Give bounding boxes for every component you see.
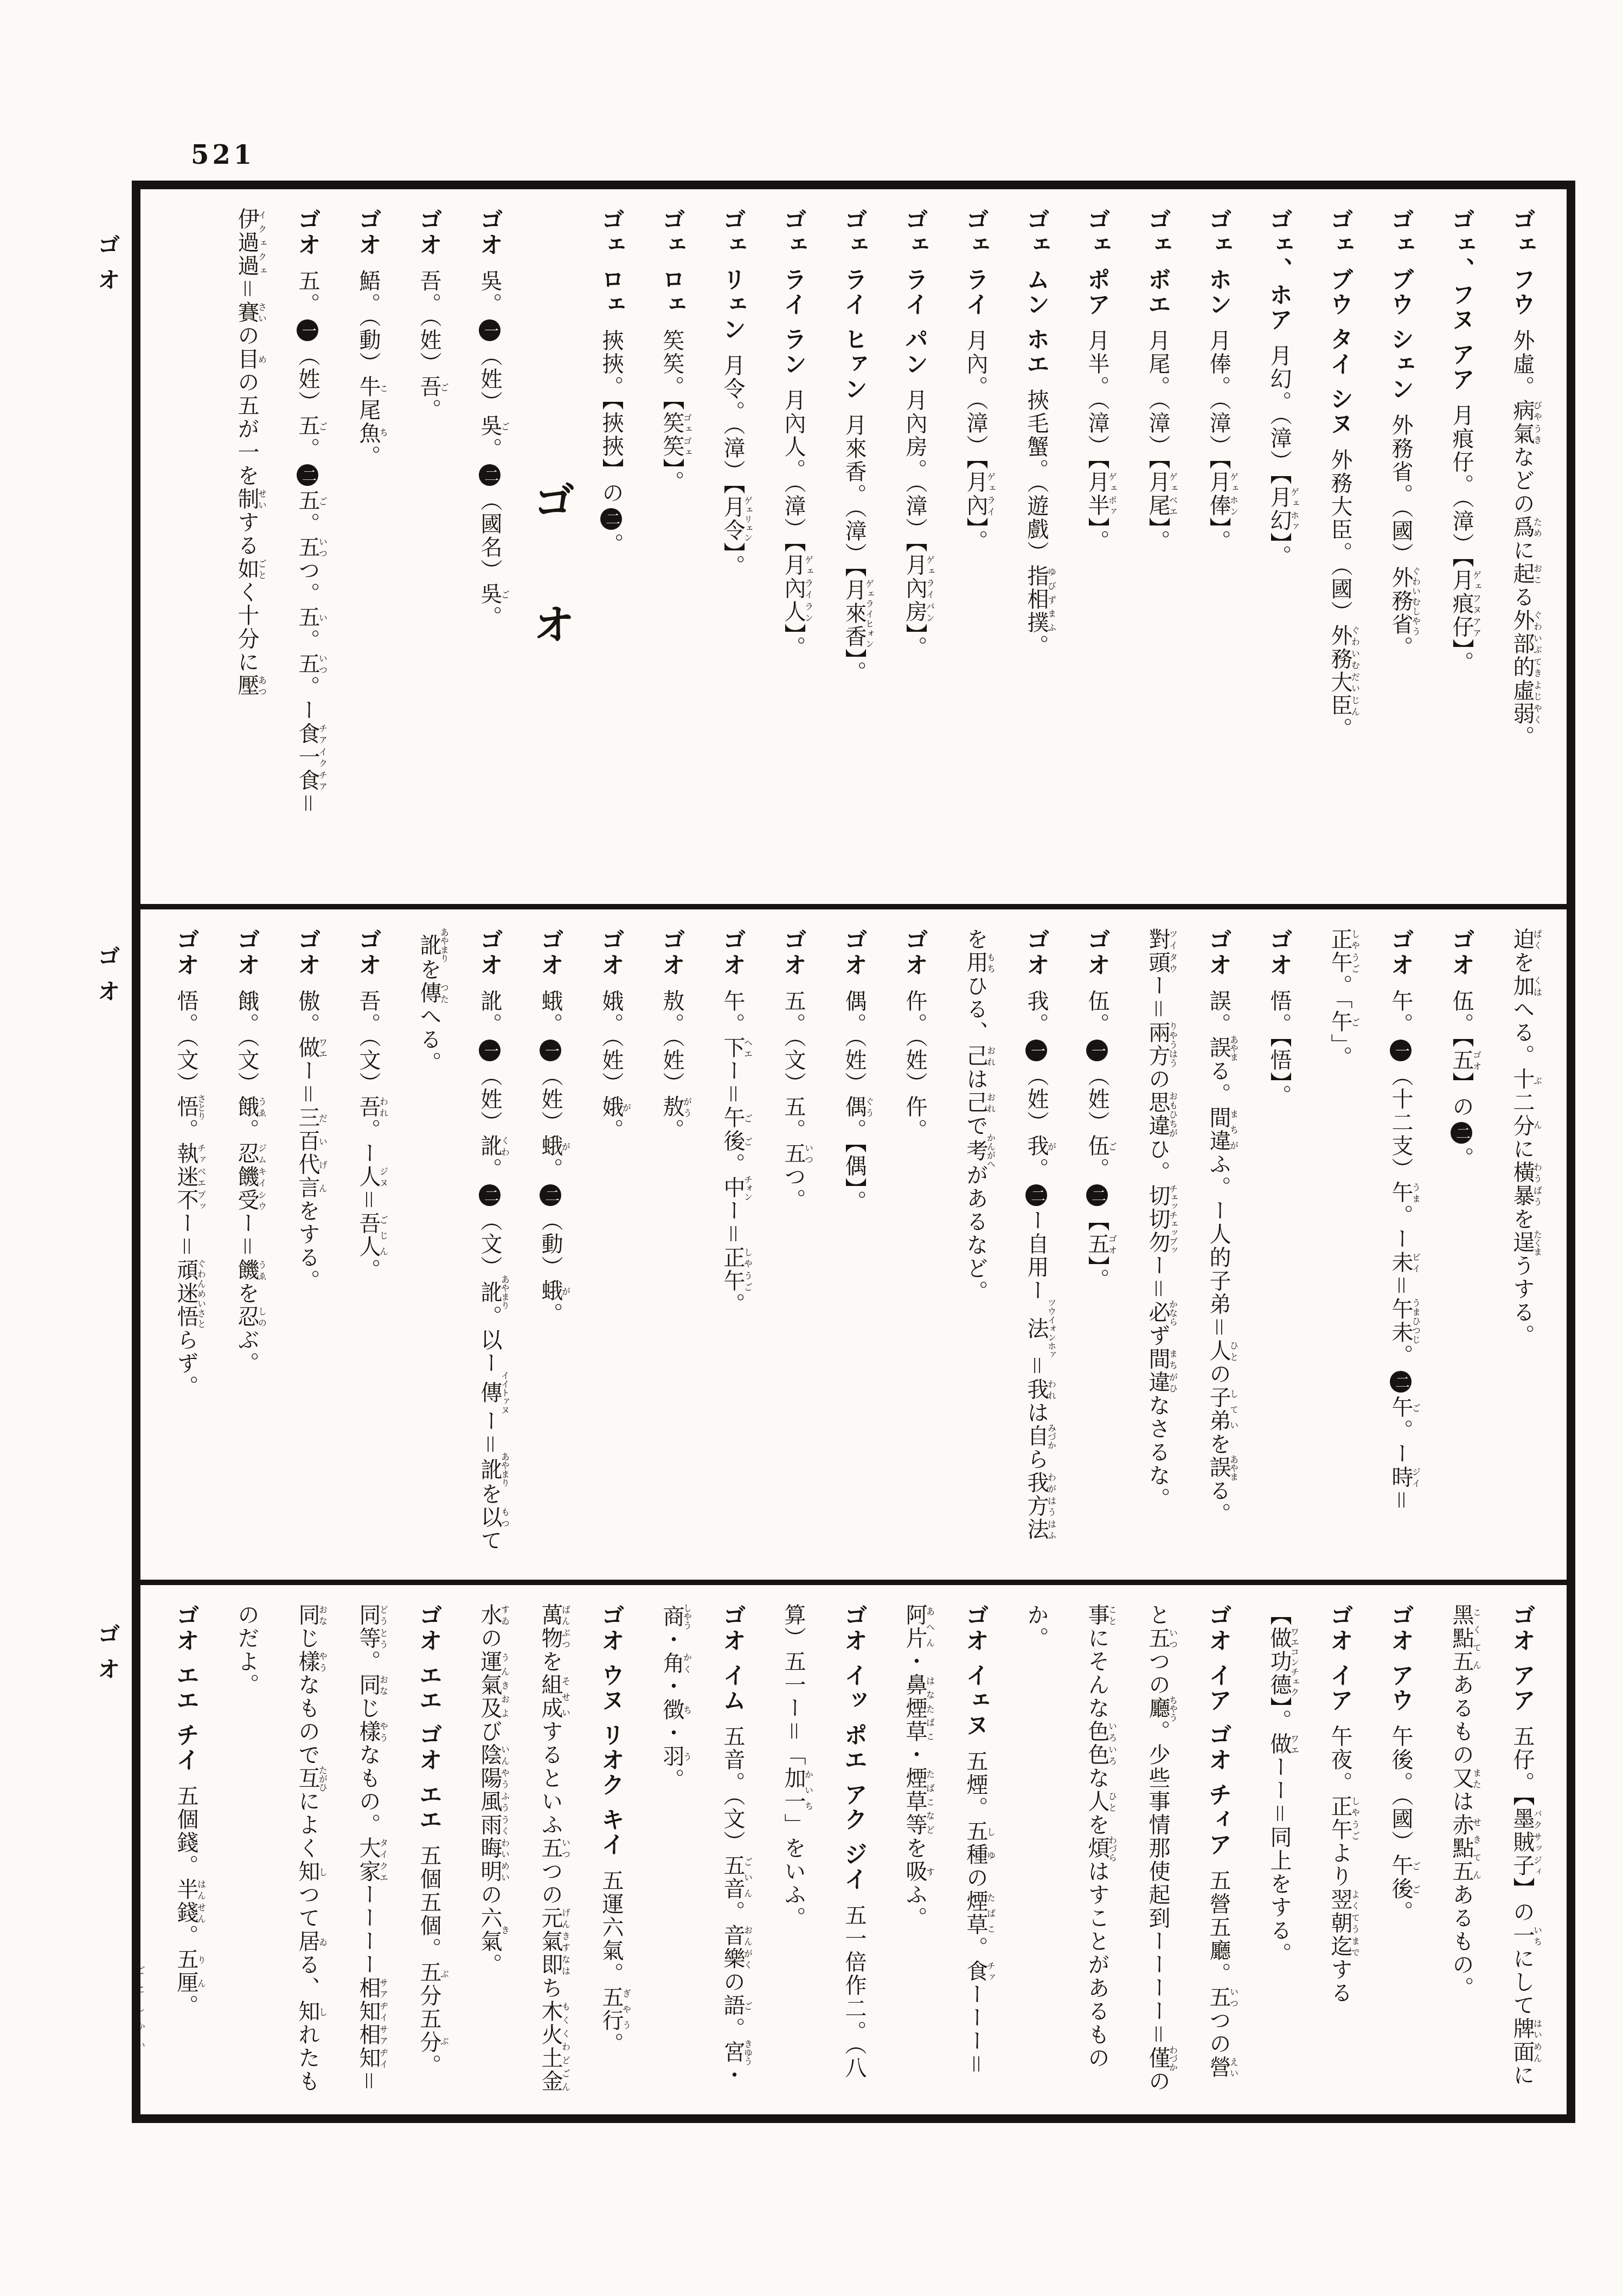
definition-text: 月內房。（漳）【月內房ゲェライパン】。: [902, 389, 927, 659]
circled-two: 二: [1390, 1371, 1412, 1393]
headword: ゴオ: [294, 208, 321, 258]
dictionary-entry: ゴェ ロェ笶笶。【笶笶ゴェゴェ】。: [641, 208, 702, 888]
dictionary-entry: 伊過過イクェクェ＝賽さいの目めの五が一を制せいする如ごとく十分に壓あつ: [216, 208, 277, 888]
definition-text: 迫ぱくを加くはへる。十二分ぶんに橫暴わうばうを逞たくまうする。: [1510, 928, 1535, 1348]
definition-text: 伊過過イクェクェ＝賽さいの目めの五が一を制せいする如ごとく十分に壓あつ: [234, 208, 259, 697]
headword: ゴオ エエ チイ: [172, 1604, 200, 1773]
headword: ゴェ ムン ホエ: [1023, 208, 1050, 377]
definition-text: 挾挾。【挾挾】の二。: [599, 329, 624, 556]
margin-thumb-label: ゴオ: [91, 1622, 124, 1692]
headword: ゴオ: [1023, 928, 1050, 978]
definition-text: 五個錢。半錢はんせん。五厘りん。: [174, 1785, 198, 2018]
circled-one: 一: [479, 319, 501, 341]
definition-text: 傲。做ワエー＝三百代言だいげんをする。: [295, 990, 320, 1293]
circled-two: 二: [1086, 1184, 1108, 1206]
headword: ゴェ ライ パン: [901, 208, 928, 377]
definition-text: 娥。（姓）娥が。: [599, 990, 624, 1142]
circled-two: 二: [297, 464, 318, 486]
definition-text: 月來香。（漳）【月來香ゲェライヒォン】。: [842, 414, 867, 684]
dictionary-entry: ゴェ ポア月半。（漳）【月半ゲェポァ】。: [1067, 208, 1127, 888]
dictionary-entry: ゴェ ムン ホエ挾毛蟹。（遊戲）指相撲ゆびずまふ。: [1006, 208, 1067, 888]
dictionary-entry: ゴェ ブウ シェン外務省。（國）外務省ぐわいむしやう。: [1370, 208, 1431, 888]
headword: ゴオ: [1448, 928, 1475, 978]
dict-band-bottom: ゴオ アア五仔。【墨賊子バクサッジィ】の一いちにして牌面はいめんに黑點五こくてん…: [140, 1580, 1567, 2114]
definition-text: 餓。（文）餓うゑ。忍饑受ジムキイシウー＝饑うゑを忍しのぶ。: [234, 990, 259, 1375]
dictionary-entry: ゴオ イッ ポエ アク ジイ五一倍作二。（八算）五一ー＝「加一かいち」をいふ。: [763, 1604, 884, 2098]
definition-text: 伍。【五ゴオ】の二。: [1449, 990, 1474, 1170]
definition-text: 月半。（漳）【月半ゲェポァ】。: [1085, 329, 1109, 553]
circled-one: 一: [1390, 1040, 1412, 1061]
dictionary-entry: ゴオ吾。（文）吾われ。ー人ジヌ＝吾人ごじん。: [338, 928, 399, 1563]
definition-text: 偶。（姓）偶ぐう。【偶】。: [842, 990, 867, 1214]
headword: ゴェ ライ ラン: [780, 208, 807, 377]
headword: ゴェ ブウ シェン: [1387, 208, 1414, 402]
headword: ゴオ: [355, 928, 382, 978]
circled-one: 一: [1025, 1040, 1047, 1061]
dictionary-entry: ゴオ午。一（十二支）午うま。ー未ビイ＝午未うまひつじ。二午ご。ー時ジイ＝正午しや…: [1310, 928, 1431, 1563]
headword: ゴェ ロェ: [598, 208, 625, 317]
headword: ゴオ アウ: [1387, 1604, 1414, 1713]
dictionary-entry: ゴオ アウ午後。（國）午後ごご。: [1370, 1604, 1431, 2098]
headword: ゴオ: [355, 208, 382, 258]
definition-text: 笶笶。【笶笶ゴェゴェ】。: [659, 329, 684, 494]
headword: ゴオ: [901, 928, 928, 978]
dictionary-entry: ゴェ ロェ挾挾。【挾挾】の二。: [581, 208, 641, 888]
definition-text: 五。一（姓）五ご。二五ご。五いつつ。五い。五いつ。ー食一食チアイクチア＝: [295, 270, 320, 816]
dictionary-entry: ゴオ悟。【悟】。: [1249, 928, 1310, 1563]
headword: ゴェ ボエ: [1144, 208, 1171, 317]
dictionary-entry: ゴェ ブウ タイ シヌ外務大臣。（國）外務大臣ぐわいむだいじん。: [1310, 208, 1370, 888]
definition-text: 悟。（文）悟さとり。執迷不チァベエプッー＝頑迷悟ぐわんめいさとらず。: [174, 990, 198, 1399]
dict-band-top: ゴェ フウ外虛。病氣びやうきなどの爲ために起おこる外部的虛弱ぐわいぶてきよじやく…: [140, 189, 1567, 904]
definition-text: 仵。（姓）仵。: [902, 990, 927, 1142]
headword: ゴオ アア: [1509, 1604, 1536, 1713]
headword: ゴオ: [1083, 928, 1111, 978]
dictionary-entry: ゴェ リェン月令。（漳）【月令ゲェリェン】。: [702, 208, 763, 888]
dictionary-entry: ゴオ餓。（文）餓うゑ。忍饑受ジムキイシウー＝饑うゑを忍しのぶ。: [216, 928, 277, 1563]
definition-text: 伍。一（姓）伍ご。二【五ゴオ】。: [1085, 990, 1109, 1292]
dictionary-entry: ゴェ、ホア月幻。（漳）【月幻ゲェホァ】。: [1249, 208, 1310, 888]
headword: ゴオ: [233, 928, 260, 978]
headword: ゴェ、フヌ アア: [1448, 208, 1475, 392]
dictionary-entry: ゴェ ホン月俸。（漳）【月俸ゲェホン】。: [1188, 208, 1249, 888]
circled-two: 二: [479, 464, 501, 486]
dictionary-entry: ゴェ ライ ラン月內人。（漳）【月內人ゲェライラン】。: [763, 208, 824, 888]
definition-text: 敖。（姓）敖がう。: [659, 990, 684, 1142]
dictionary-entry: ゴェ フウ外虛。病氣びやうきなどの爲ために起おこる外部的虛弱ぐわいぶてきよじやく…: [1492, 208, 1553, 888]
definition-text: 我。一（姓）我が。二ー自用ー法ツウイォンホァ＝我われは自みづから我方法わがはうは…: [963, 928, 1049, 1541]
dict-band-middle: 迫ぱくを加くはへる。十二分ぶんに橫暴わうばうを逞たくまうする。ゴオ伍。【五ゴオ】…: [140, 904, 1567, 1580]
scanned-dictionary-page: 521 ゴオ ゴオ ゴオ ゴェ フウ外虛。病氣びやうきなどの爲ために起おこる外部…: [0, 0, 1623, 2296]
circled-two: 二: [1451, 1122, 1472, 1144]
definition-text: 外虛。病氣びやうきなどの爲ために起おこる外部的虛弱ぐわいぶてきよじやく。: [1510, 329, 1535, 749]
circled-two: 二: [479, 1184, 501, 1206]
definition-text: 吳。一（姓）吳ご。二（國名）吳ご。: [477, 270, 502, 629]
dictionary-entry: ゴオ ウヌ リオク キイ五運六氣。五行ぎやう。萬物ばんぶつを組成そせいするといふ…: [459, 1604, 641, 2098]
headword: ゴオ: [780, 928, 807, 978]
dictionary-entry: ゴオ悟。（文）悟さとり。執迷不チァベエプッー＝頑迷悟ぐわんめいさとらず。: [156, 928, 216, 1563]
dictionary-entry: ゴオ偶。（姓）偶ぐう。【偶】。: [824, 928, 884, 1563]
headword: ゴェ ライ: [962, 208, 989, 317]
definition-text: 誤。誤あやまる。間違まちがふ。ー人的子弟＝人ひとの子弟していを誤あやまる。對頭ツ…: [1145, 928, 1231, 1526]
headword: ゴオ: [1205, 928, 1232, 978]
dictionary-entry: ゴェ ボエ月尾。（漳）【月尾ゲェベエ】。: [1127, 208, 1188, 888]
definition-text: 月令。（漳）【月令ゲェリェン】。: [720, 354, 745, 578]
definition-text: 午後。（國）午後ごご。: [1388, 1725, 1413, 1924]
headword: ゴオ イェヌ: [962, 1604, 989, 1738]
dictionary-entry: ゴオ五。一（姓）五ご。二五ご。五いつつ。五い。五いつ。ー食一食チアイクチア＝: [277, 208, 338, 888]
headword: ゴェ ホン: [1205, 208, 1232, 317]
headword: ゴェ フウ: [1509, 208, 1536, 317]
definition-text: 午。下ヘエー＝午後ごご。中チォンー＝正午しやうご。: [720, 990, 745, 1316]
circled-one: 一: [479, 1040, 501, 1061]
definition-text: 外務省。（國）外務省ぐわいむしやう。: [1388, 414, 1413, 659]
dictionary-entry: ゴオ エエ ゴオ エエ五個五個。五分五分ぶぶ。同等どうとう。同おなじ樣やうなもの…: [216, 1604, 459, 2098]
dictionary-entry: ゴオ吾。（姓）吾ご。: [399, 208, 459, 888]
dictionary-entry: 迫ぱくを加くはへる。十二分ぶんに橫暴わうばうを逞たくまうする。: [1492, 928, 1553, 1563]
dictionary-entry: ゴオ伍。一（姓）伍ご。二【五ゴオ】。: [1067, 928, 1127, 1563]
definition-text: 吾。（文）吾われ。ー人ジヌ＝吾人ごじん。: [356, 990, 381, 1282]
headword: ゴオ: [841, 928, 868, 978]
section-heading: ゴ オ: [520, 208, 581, 888]
page-number: 521: [191, 140, 255, 170]
dictionary-entry: ゴオ誤。誤あやまる。間違まちがふ。ー人的子弟＝人ひとの子弟していを誤あやまる。對…: [1127, 928, 1249, 1563]
headword: ゴェ ブウ タイ シヌ: [1326, 208, 1353, 437]
headword: ゴオ イア ゴオ チィア: [1205, 1604, 1232, 1857]
definition-text: 月痕仔。（漳）【月痕仔ゲェフヌアア】。: [1449, 404, 1474, 675]
dictionary-entry: ゴオ オオ スウ ハイ五湖四海。五湖四海ごこしかい、天下てんかの意い。ーーーー行…: [140, 1604, 156, 2098]
headword: ゴオ: [415, 208, 442, 258]
dictionary-entry: ゴオ蛾。一（姓）蛾が。二（動）蛾が。: [520, 928, 581, 1563]
headword: ゴオ: [1266, 928, 1293, 978]
dictionary-entry: ゴオ傲。做ワエー＝三百代言だいげんをする。: [277, 928, 338, 1563]
circled-one: 一: [1086, 1040, 1108, 1061]
margin-thumb-label: ゴオ: [91, 945, 124, 1014]
headword: ゴェ、ホア: [1266, 208, 1293, 332]
page-frame: ゴェ フウ外虛。病氣びやうきなどの爲ために起おこる外部的虛弱ぐわいぶてきよじやく…: [132, 181, 1575, 2123]
margin-thumb-label: ゴオ: [91, 233, 124, 303]
headword: ゴェ リェン: [719, 208, 746, 342]
circled-two: 二: [1025, 1184, 1047, 1206]
dictionary-entry: ゴオ我。一（姓）我が。二ー自用ー法ツウイォンホァ＝我われは自みづから我方法わがは…: [945, 928, 1067, 1563]
headword: ゴオ イム: [719, 1604, 746, 1713]
headword: ゴオ エエ ゴオ エエ: [415, 1604, 442, 1832]
definition-text: 訛。一（姓）訛くわ。二（文）訛あやまり。以ー傳イイトァヌー＝訛あやまりを以もつて…: [416, 928, 502, 1553]
headword: ゴオ: [598, 928, 625, 978]
headword: ゴオ: [537, 928, 564, 978]
definition-text: 月內人。（漳）【月內人ゲェライラン】。: [781, 389, 806, 659]
definition-text: 月內。（漳）【月內ゲェライ】。: [963, 329, 988, 553]
circled-two: 二: [540, 1184, 561, 1206]
dictionary-entry: ゴオ イェヌ五煙。五種しゆの煙草たばこ。食チァーーー＝阿片あへん・鼻煙草はなたば…: [884, 1604, 1006, 2098]
definition-text: 吾。（姓）吾ご。: [416, 270, 441, 422]
headword: ゴオ: [1387, 928, 1414, 978]
headword: ゴオ イア: [1326, 1604, 1353, 1713]
headword: ゴオ: [294, 928, 321, 978]
headword: ゴオ: [658, 928, 685, 978]
dictionary-entry: ゴオ吳。一（姓）吳ご。二（國名）吳ご。: [459, 208, 520, 888]
headword: ゴェ ライ ヒァン: [841, 208, 868, 402]
dictionary-entry: ゴオ イア午夜。正午しやうごより翌朝迄よくてうまでする【做功德ワエコンチェク】。…: [1249, 1604, 1370, 2098]
headword: ゴェ ポア: [1083, 208, 1111, 317]
dictionary-entry: ゴオ鯃。（動）牛尾魚こち。: [338, 208, 399, 888]
definition-text: 五。（文）五。五いつつ。: [781, 990, 806, 1212]
definition-text: 外務大臣。（國）外務大臣ぐわいむだいじん。: [1327, 448, 1352, 741]
dictionary-entry: ゴオ娥。（姓）娥が。: [581, 928, 641, 1563]
definition-text: 悟。【悟】。: [1267, 990, 1292, 1108]
dictionary-entry: ゴオ訛。一（姓）訛くわ。二（文）訛あやまり。以ー傳イイトァヌー＝訛あやまりを以も…: [399, 928, 520, 1563]
definition-text: 鯃。（動）牛尾魚こち。: [356, 270, 381, 469]
headword: ゴオ: [476, 208, 503, 258]
dictionary-entry: ゴオ敖。（姓）敖がう。: [641, 928, 702, 1563]
definition-text: 五營五廳。五いつつの營えいと五いつつの廳ちやう。少些事情那使起到ーーーー＝僅わづ…: [1024, 1604, 1231, 2093]
dictionary-entry: ゴオ エエ チイ五個錢。半錢はんせん。五厘りん。: [156, 1604, 216, 2098]
headword: ゴオ: [172, 928, 200, 978]
dictionary-entry: ゴェ、フヌ アア月痕仔。（漳）【月痕仔ゲェフヌアア】。: [1431, 208, 1492, 888]
circled-one: 一: [540, 1040, 561, 1061]
headword: ゴェ ロェ: [658, 208, 685, 317]
dictionary-entry: ゴオ イア ゴオ チィア五營五廳。五いつつの營えいと五いつつの廳ちやう。少些事情…: [1006, 1604, 1249, 2098]
dictionary-entry: ゴオ仵。（姓）仵。: [884, 928, 945, 1563]
circled-two: 二: [600, 508, 622, 530]
dictionary-entry: ゴェ ライ ヒァン月來香。（漳）【月來香ゲェライヒォン】。: [824, 208, 884, 888]
headword: ゴオ イッ ポエ アク ジイ: [841, 1604, 868, 1892]
dictionary-entry: ゴオ伍。【五ゴオ】の二。: [1431, 928, 1492, 1563]
definition-text: 挾毛蟹。（遊戲）指相撲ゆびずまふ。: [1024, 389, 1049, 658]
definition-text: 午。一（十二支）午うま。ー未ビイ＝午未うまひつじ。二午ご。ー時ジイ＝正午しやうご…: [1327, 928, 1413, 1512]
dictionary-entry: ゴオ五。（文）五。五いつつ。: [763, 928, 824, 1563]
headword: ゴオ ウヌ リオク キイ: [598, 1604, 625, 1857]
circled-one: 一: [297, 319, 318, 341]
definition-text: 五個五個。五分五分ぶぶ。同等どうとう。同おなじ樣やうなもの。大家タイクエーーーー…: [234, 1604, 441, 2093]
definition-text: 月尾。（漳）【月尾ゲェベエ】。: [1145, 329, 1170, 553]
headword: ゴオ: [476, 928, 503, 978]
dictionary-entry: ゴオ午。下ヘエー＝午後ごご。中チォンー＝正午しやうご。: [702, 928, 763, 1563]
definition-text: 蛾。一（姓）蛾が。二（動）蛾が。: [538, 990, 563, 1326]
headword: ゴオ: [719, 928, 746, 978]
dictionary-entry: ゴェ ライ月內。（漳）【月內ゲェライ】。: [945, 208, 1006, 888]
dictionary-entry: ゴオ イム五音。（文）五音ごいん。音樂おんがくの語ご。宮きゆう・商しやう・角かく…: [641, 1604, 763, 2098]
dictionary-entry: ゴオ アア五仔。【墨賊子バクサッジィ】の一いちにして牌面はいめんに黑點五こくてん…: [1431, 1604, 1553, 2098]
definition-text: 月幻。（漳）【月幻ゲェホァ】。: [1267, 344, 1292, 568]
dictionary-entry: ゴェ ライ パン月內房。（漳）【月內房ゲェライパン】。: [884, 208, 945, 888]
definition-text: 月俸。（漳）【月俸ゲェホン】。: [1206, 329, 1231, 553]
